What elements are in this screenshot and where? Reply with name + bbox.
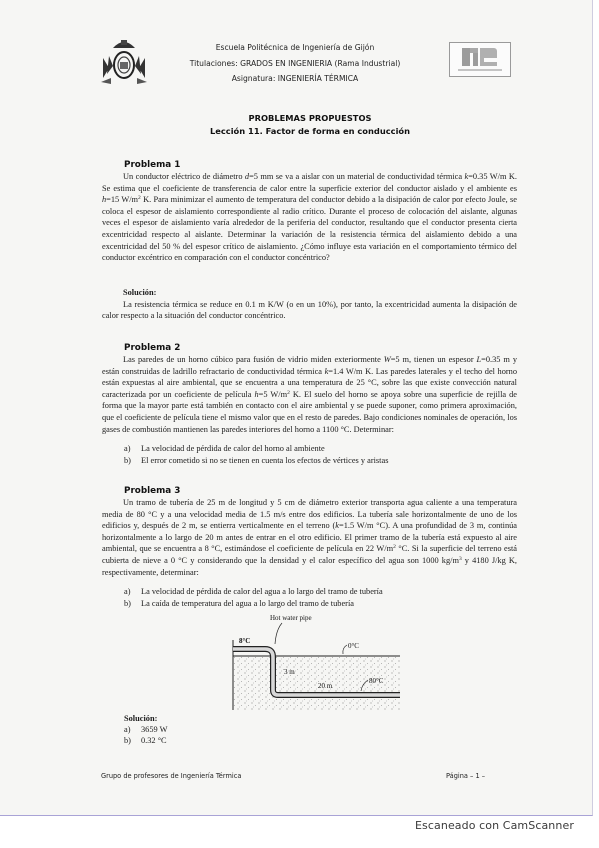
scanner-watermark: Escaneado con CamScanner bbox=[415, 819, 574, 832]
question-item: a)La velocidad de pérdida de calor del a… bbox=[124, 586, 383, 598]
page-number: Página – 1 – bbox=[446, 772, 485, 780]
header-text-block: Escuela Politécnica de Ingeniería de Gij… bbox=[150, 40, 440, 87]
problem-1-heading: Problema 1 bbox=[124, 160, 180, 170]
department-logo-icon bbox=[449, 42, 511, 77]
solution-label: Solución: bbox=[124, 713, 168, 724]
footer-author: Grupo de profesores de Ingeniería Térmic… bbox=[101, 772, 241, 780]
problem-2-questions: a)La velocidad de pérdida de calor del h… bbox=[124, 443, 388, 466]
document-title-block: PROBLEMAS PROPUESTOS Lección 11. Factor … bbox=[110, 112, 510, 137]
length-label: 20 m bbox=[318, 682, 333, 690]
depth-label: 3 m bbox=[284, 668, 295, 676]
university-crest-icon bbox=[99, 38, 149, 86]
solution-text: La resistencia térmica se reduce en 0.1 … bbox=[102, 299, 517, 322]
problem-1-solution: Solución: La resistencia térmica se redu… bbox=[102, 287, 517, 322]
scanned-page: Escuela Politécnica de Ingeniería de Gij… bbox=[0, 0, 593, 816]
problem-3-questions: a)La velocidad de pérdida de calor del a… bbox=[124, 586, 383, 609]
problem-3-statement: Un tramo de tubería de 25 m de longitud … bbox=[102, 497, 517, 578]
question-item: a)La velocidad de pérdida de calor del h… bbox=[124, 443, 388, 455]
pipe-diagram: Hot water pipe 8°C 0°C 3 m 20 m 80°C bbox=[230, 612, 400, 710]
problem-1-statement: Un conductor eléctrico de diámetro d=5 m… bbox=[102, 171, 517, 264]
problem-2-statement: Las paredes de un horno cúbico para fusi… bbox=[102, 354, 517, 435]
problem-2-heading: Problema 2 bbox=[124, 343, 180, 353]
solution-label: Solución: bbox=[102, 287, 517, 299]
main-title: PROBLEMAS PROPUESTOS bbox=[110, 112, 510, 125]
lesson-title: Lección 11. Factor de forma en conducció… bbox=[110, 125, 510, 138]
problem-3-heading: Problema 3 bbox=[124, 486, 180, 496]
degrees-line: Titulaciones: GRADOS EN INGENIERIA (Rama… bbox=[150, 56, 440, 72]
subject-line: Asignatura: INGENIERÍA TÉRMICA bbox=[150, 71, 440, 87]
air-temp-label: 8°C bbox=[239, 637, 250, 645]
question-item: b)La caída de temperatura del agua a lo … bbox=[124, 598, 383, 610]
question-item: b)El error cometido si no se tienen en c… bbox=[124, 455, 388, 467]
solution-item: a)3659 W bbox=[124, 724, 168, 735]
ground-temp-label: 0°C bbox=[348, 642, 359, 650]
problem-3-solution: Solución: a)3659 W b)0.32 °C bbox=[124, 713, 168, 747]
solution-item: b)0.32 °C bbox=[124, 735, 168, 746]
school-name: Escuela Politécnica de Ingeniería de Gij… bbox=[150, 40, 440, 56]
water-temp-label: 80°C bbox=[369, 677, 384, 685]
document-header: Escuela Politécnica de Ingeniería de Gij… bbox=[0, 0, 592, 100]
figure-title: Hot water pipe bbox=[270, 614, 312, 622]
